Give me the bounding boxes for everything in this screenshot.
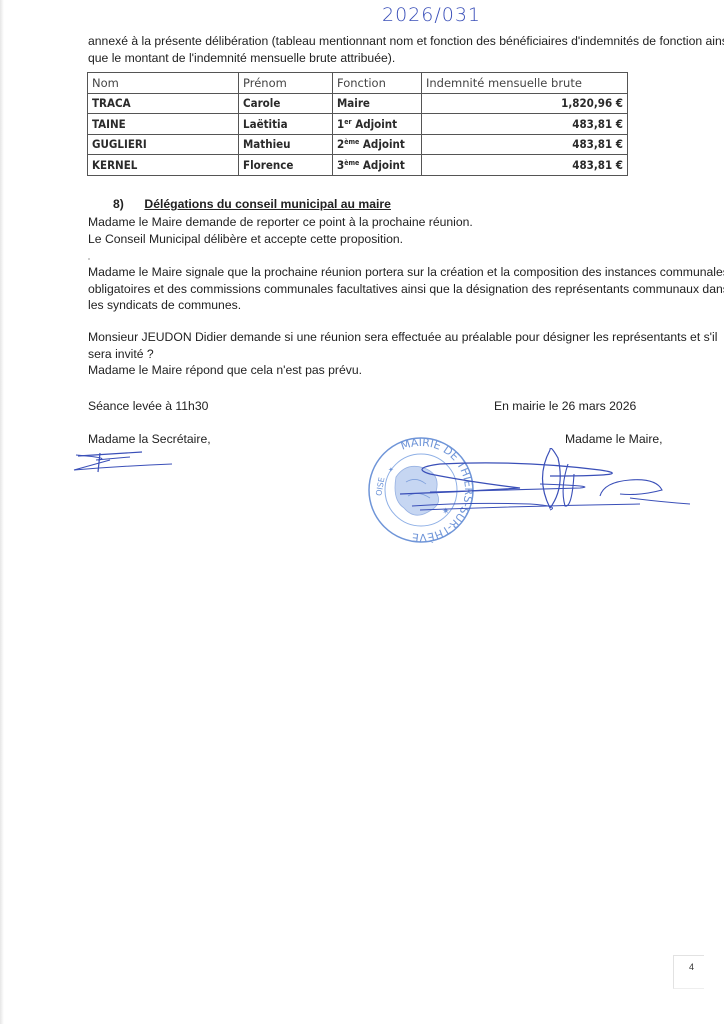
section-8-line: Madame le Maire demande de reporter ce p…: [88, 214, 473, 231]
paragraph-line: Madame le Maire signale que la prochaine…: [88, 264, 724, 281]
handwritten-reference: 2026/031: [382, 4, 481, 26]
paragraph-question: Monsieur JEUDON Didier demande si une ré…: [88, 329, 717, 379]
header-indemnite: Indemnité mensuelle brute: [422, 73, 628, 94]
place-date: En mairie le 26 mars 2026: [494, 398, 636, 415]
mayor-signature-icon: [400, 448, 700, 538]
intro-paragraph: annexé à la présente délibération (table…: [88, 33, 724, 66]
paragraph-line: Madame le Maire répond que cela n'est pa…: [88, 362, 717, 379]
secretary-label: Madame la Secrétaire,: [88, 431, 211, 448]
fonction-label: Adjoint: [359, 137, 405, 151]
cell-fonction: Maire: [333, 93, 422, 114]
stray-mark: [88, 258, 90, 260]
seance-closing: Séance levée à 11h30: [88, 398, 208, 415]
cell-indemnite: 1,820,96 €: [422, 93, 628, 114]
page-number: 4: [689, 962, 694, 972]
table-row: TAINELaëtitia1er Adjoint483,81 €: [88, 114, 628, 135]
cell-indemnite: 483,81 €: [422, 155, 628, 176]
fonction-ordinal-suffix: ème: [344, 159, 359, 167]
section-8-line: Le Conseil Municipal délibère et accepte…: [88, 231, 473, 248]
indemnity-table: Nom Prénom Fonction Indemnité mensuelle …: [87, 72, 628, 176]
fonction-ordinal-suffix: er: [344, 118, 351, 126]
cell-prenom: Laëtitia: [239, 114, 333, 135]
page-edge: [0, 0, 4, 1024]
cell-fonction: 3ème Adjoint: [333, 155, 422, 176]
paragraph-line: obligatoires et des commissions communal…: [88, 281, 724, 298]
table-header-row: Nom Prénom Fonction Indemnité mensuelle …: [88, 73, 628, 94]
paragraph-line: les syndicats de communes.: [88, 297, 724, 314]
fonction-label: Adjoint: [352, 117, 398, 131]
section-number: 8): [113, 197, 141, 211]
mayor-label: Madame le Maire,: [565, 431, 663, 448]
cell-nom: TAINE: [88, 114, 239, 135]
fonction-ordinal-suffix: ème: [344, 138, 359, 146]
intro-line: que le montant de l'indemnité mensuelle …: [88, 50, 724, 67]
cell-nom: KERNEL: [88, 155, 239, 176]
cell-prenom: Mathieu: [239, 134, 333, 155]
intro-line: annexé à la présente délibération (table…: [88, 33, 724, 50]
header-nom: Nom: [88, 73, 239, 94]
table-row: GUGLIERIMathieu2ème Adjoint483,81 €: [88, 134, 628, 155]
svg-text:✦: ✦: [388, 466, 394, 474]
paragraph-next-meeting: Madame le Maire signale que la prochaine…: [88, 264, 724, 314]
header-fonction: Fonction: [333, 73, 422, 94]
cell-prenom: Florence: [239, 155, 333, 176]
cell-indemnite: 483,81 €: [422, 134, 628, 155]
section-8-heading: 8) Délégations du conseil municipal au m…: [113, 197, 391, 211]
paragraph-line: Monsieur JEUDON Didier demande si une ré…: [88, 329, 717, 346]
cell-prenom: Carole: [239, 93, 333, 114]
paragraph-line: sera invité ?: [88, 346, 717, 363]
section-8-body: Madame le Maire demande de reporter ce p…: [88, 214, 473, 247]
cell-indemnite: 483,81 €: [422, 114, 628, 135]
cell-fonction: 1er Adjoint: [333, 114, 422, 135]
secretary-signature-icon: [72, 450, 182, 480]
fonction-label: Maire: [337, 96, 370, 110]
cell-fonction: 2ème Adjoint: [333, 134, 422, 155]
section-title: Délégations du conseil municipal au mair…: [144, 197, 391, 211]
cell-nom: GUGLIERI: [88, 134, 239, 155]
table-row: KERNELFlorence3ème Adjoint483,81 €: [88, 155, 628, 176]
fonction-label: Adjoint: [359, 158, 405, 172]
page-number-box: [673, 955, 704, 989]
header-prenom: Prénom: [239, 73, 333, 94]
cell-nom: TRACA: [88, 93, 239, 114]
table-row: TRACACaroleMaire1,820,96 €: [88, 93, 628, 114]
